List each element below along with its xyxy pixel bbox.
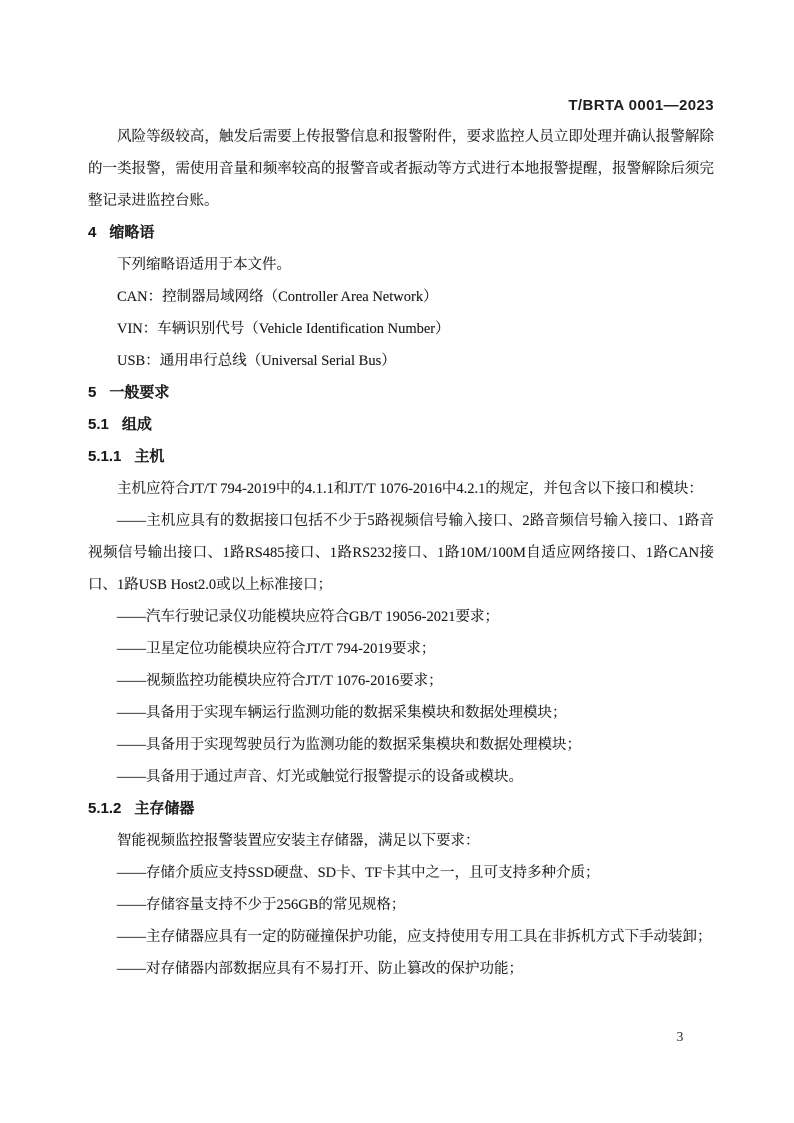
storage-requirement-item-2: ——存储容量支持不少于256GB的常见规格； (88, 889, 714, 921)
storage-requirement-item-4: ——对存储器内部数据应具有不易打开、防止篡改的保护功能； (88, 953, 714, 985)
host-requirement-item-2: ——汽车行驶记录仪功能模块应符合GB/T 19056-2021要求； (88, 601, 714, 633)
section-4-title: 缩略语 (109, 224, 154, 241)
abbreviation-item-vin: VIN：车辆识别代号（Vehicle Identification Number… (88, 313, 714, 345)
doc-number-header: T/BRTA 0001—2023 (568, 97, 714, 114)
storage-requirement-item-1: ——存储介质应支持SSD硬盘、SD卡、TF卡其中之一，且可支持多种介质； (88, 857, 714, 889)
host-requirements-lead: 主机应符合JT/T 794-2019中的4.1.1和JT/T 1076-2016… (88, 473, 714, 505)
host-requirement-item-7: ——具备用于通过声音、灯光或触觉行报警提示的设备或模块。 (88, 761, 714, 793)
host-requirement-item-6: ——具备用于实现驾驶员行为监测功能的数据采集模块和数据处理模块； (88, 729, 714, 761)
section-5-heading: 5一般要求 (88, 377, 714, 409)
section-5-1-2-number: 5.1.2 (88, 793, 121, 825)
section-5-number: 5 (88, 377, 96, 409)
storage-requirements-lead: 智能视频监控报警装置应安装主存储器，满足以下要求： (88, 825, 714, 857)
host-requirement-item-4: ——视频监控功能模块应符合JT/T 1076-2016要求； (88, 665, 714, 697)
section-5-1-title: 组成 (122, 416, 152, 433)
section-5-1-2-title: 主存储器 (134, 800, 194, 817)
page-number: 3 (640, 1029, 720, 1045)
page-content: 风险等级较高，触发后需要上传报警信息和报警附件，要求监控人员立即处理并确认报警解… (88, 121, 714, 985)
section-4-lead: 下列缩略语适用于本文件。 (88, 249, 714, 281)
section-5-1-1-heading: 5.1.1主机 (88, 441, 714, 473)
abbreviation-item-can: CAN：控制器局域网络（Controller Area Network） (88, 281, 714, 313)
storage-requirement-item-3: ——主存储器应具有一定的防碰撞保护功能，应支持使用专用工具在非拆机方式下手动装卸… (88, 921, 714, 953)
section-5-1-2-heading: 5.1.2主存储器 (88, 793, 714, 825)
section-5-1-1-number: 5.1.1 (88, 441, 121, 473)
abbreviation-item-usb: USB：通用串行总线（Universal Serial Bus） (88, 345, 714, 377)
section-4-heading: 4缩略语 (88, 217, 714, 249)
host-requirement-item-1: ——主机应具有的数据接口包括不少于5路视频信号输入接口、2路音频信号输入接口、1… (88, 505, 714, 601)
section-5-1-number: 5.1 (88, 409, 109, 441)
section-5-title: 一般要求 (109, 384, 169, 401)
section-4-number: 4 (88, 217, 96, 249)
section-5-1-1-title: 主机 (134, 448, 164, 465)
paragraph-alarm-class-description: 风险等级较高，触发后需要上传报警信息和报警附件，要求监控人员立即处理并确认报警解… (88, 121, 714, 217)
section-5-1-heading: 5.1组成 (88, 409, 714, 441)
document-page: T/BRTA 0001—2023 风险等级较高，触发后需要上传报警信息和报警附件… (0, 0, 794, 1123)
host-requirement-item-3: ——卫星定位功能模块应符合JT/T 794-2019要求； (88, 633, 714, 665)
host-requirement-item-5: ——具备用于实现车辆运行监测功能的数据采集模块和数据处理模块； (88, 697, 714, 729)
